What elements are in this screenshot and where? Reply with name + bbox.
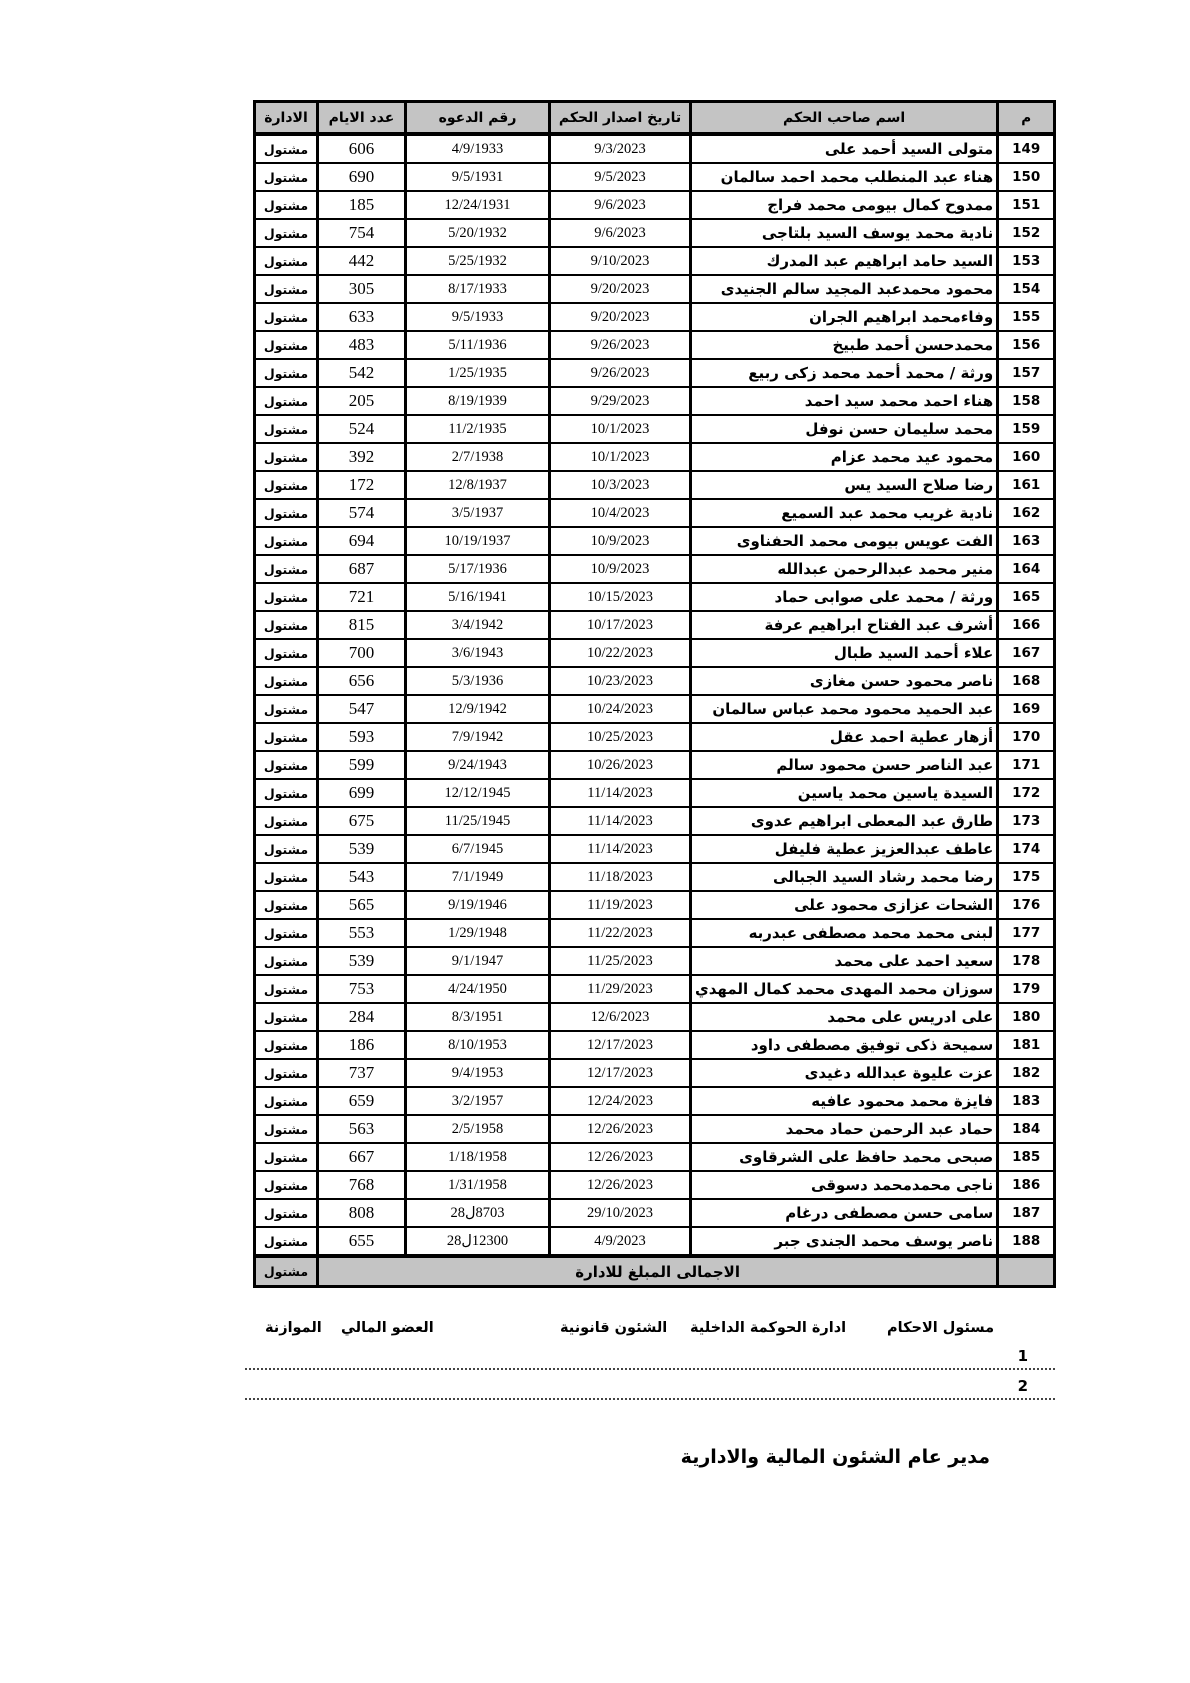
table-row: 173طارق عبد المعطى ابراهيم عدوى11/14/202… [255,807,1055,835]
serial-cell: 150 [998,163,1055,191]
serial-cell: 178 [998,947,1055,975]
name-cell: صبحى محمد حافظ على الشرقاوى [691,1143,998,1171]
total-serial-cell [998,1256,1055,1287]
serial-cell: 187 [998,1199,1055,1227]
days-count-cell: 172 [318,471,406,499]
days-count-cell: 574 [318,499,406,527]
serial-cell: 155 [998,303,1055,331]
days-count-cell: 565 [318,891,406,919]
administration-cell: مشتول [255,611,318,639]
administration-cell: مشتول [255,163,318,191]
administration-cell: مشتول [255,1143,318,1171]
table-row: 180على ادريس على محمد12/6/20238/3/195128… [255,1003,1055,1031]
table-row: 164منير محمد عبدالرحمن عبدالله10/9/20235… [255,555,1055,583]
issue-date-cell: 10/26/2023 [550,751,691,779]
issue-date-cell: 9/20/2023 [550,275,691,303]
administration-cell: مشتول [255,443,318,471]
name-cell: ناجى محمدمحمد دسوقى [691,1171,998,1199]
administration-cell: مشتول [255,975,318,1003]
case-number-cell: 7/9/1942 [406,723,550,751]
case-number-cell: 8/17/1933 [406,275,550,303]
serial-cell: 172 [998,779,1055,807]
days-count-cell: 543 [318,863,406,891]
days-count-cell: 700 [318,639,406,667]
issue-date-cell: 9/5/2023 [550,163,691,191]
administration-cell: مشتول [255,1227,318,1256]
case-number-cell: 1/25/1935 [406,359,550,387]
case-number-cell: 4/24/1950 [406,975,550,1003]
case-number-cell: 5/25/1932 [406,247,550,275]
issue-date-cell: 9/26/2023 [550,331,691,359]
total-label: الاجمالى المبلغ للادارة [318,1256,998,1287]
serial-cell: 177 [998,919,1055,947]
issue-date-cell: 9/26/2023 [550,359,691,387]
header-name: اسم صاحب الحكم [691,102,998,135]
administration-cell: مشتول [255,1115,318,1143]
case-number-cell: 8/10/1953 [406,1031,550,1059]
table-row: 156محمدحسن أحمد طبيخ9/26/20235/11/193648… [255,331,1055,359]
table-row: 169عبد الحميد محمود محمد عباس سالمان10/2… [255,695,1055,723]
name-cell: عاطف عبدالعزيز عطية فليفل [691,835,998,863]
case-number-cell: 12/8/1937 [406,471,550,499]
days-count-cell: 539 [318,835,406,863]
serial-cell: 183 [998,1087,1055,1115]
administration-cell: مشتول [255,779,318,807]
administration-cell: مشتول [255,247,318,275]
administration-cell: مشتول [255,219,318,247]
days-count-cell: 815 [318,611,406,639]
name-cell: لبنى محمد محمد مصطفى عبدربه [691,919,998,947]
table-row: 149متولى السيد أحمد على9/3/20234/9/19336… [255,134,1055,163]
name-cell: أشرف عبد الفتاح ابراهيم عرفة [691,611,998,639]
case-number-cell: 8/19/1939 [406,387,550,415]
table-row: 179سوزان محمد المهدى محمد كمال المهدي11/… [255,975,1055,1003]
serial-cell: 188 [998,1227,1055,1256]
serial-cell: 153 [998,247,1055,275]
days-count-cell: 721 [318,583,406,611]
case-number-cell: 9/5/1931 [406,163,550,191]
administration-cell: مشتول [255,639,318,667]
name-cell: متولى السيد أحمد على [691,134,998,163]
table-row: 181سميحة ذكى توفيق مصطفى داود12/17/20238… [255,1031,1055,1059]
days-count-cell: 205 [318,387,406,415]
issue-date-cell: 29/10/2023 [550,1199,691,1227]
serial-cell: 176 [998,891,1055,919]
table-row: 157ورثة / محمد أحمد محمد زكى ربيع9/26/20… [255,359,1055,387]
days-count-cell: 542 [318,359,406,387]
issue-date-cell: 11/18/2023 [550,863,691,891]
issue-date-cell: 11/14/2023 [550,835,691,863]
name-cell: محمود محمدعبد المجيد سالم الجنيدى [691,275,998,303]
table-row: 159محمد سليمان حسن نوفل10/1/202311/2/193… [255,415,1055,443]
days-count-cell: 606 [318,134,406,163]
administration-cell: مشتول [255,1087,318,1115]
serial-cell: 179 [998,975,1055,1003]
days-count-cell: 483 [318,331,406,359]
table-row: 154محمود محمدعبد المجيد سالم الجنيدى9/20… [255,275,1055,303]
serial-cell: 167 [998,639,1055,667]
name-cell: السيد حامد ابراهيم عبد المدرك [691,247,998,275]
administration-cell: مشتول [255,471,318,499]
issue-date-cell: 10/3/2023 [550,471,691,499]
administration-cell: مشتول [255,499,318,527]
issue-date-cell: 10/9/2023 [550,527,691,555]
days-count-cell: 392 [318,443,406,471]
serial-cell: 171 [998,751,1055,779]
name-cell: منير محمد عبدالرحمن عبدالله [691,555,998,583]
days-count-cell: 808 [318,1199,406,1227]
case-number-cell: 3/6/1943 [406,639,550,667]
administration-cell: مشتول [255,919,318,947]
days-count-cell: 442 [318,247,406,275]
issue-date-cell: 10/15/2023 [550,583,691,611]
name-cell: هناء احمد محمد سيد احمد [691,387,998,415]
case-number-cell: 2/7/1938 [406,443,550,471]
administration-cell: مشتول [255,1171,318,1199]
table-row: 185صبحى محمد حافظ على الشرقاوى12/26/2023… [255,1143,1055,1171]
header-case-number: رقم الدعوه [406,102,550,135]
table-row: 155وفاءمحمد ابراهيم الجران9/20/20239/5/1… [255,303,1055,331]
table-row: 160محمود عيد محمد عزام10/1/20232/7/19383… [255,443,1055,471]
name-cell: الشحات عزازى محمود على [691,891,998,919]
table-row: 153السيد حامد ابراهيم عبد المدرك9/10/202… [255,247,1055,275]
table-row: 178سعيد احمد على محمد11/25/20239/1/19475… [255,947,1055,975]
serial-cell: 165 [998,583,1055,611]
table-row: 172السيدة ياسين محمد ياسين11/14/202312/1… [255,779,1055,807]
issue-date-cell: 12/6/2023 [550,1003,691,1031]
days-count-cell: 284 [318,1003,406,1031]
days-count-cell: 593 [318,723,406,751]
name-cell: وفاءمحمد ابراهيم الجران [691,303,998,331]
table-row: 188ناصر يوسف محمد الجندى جبر4/9/20231230… [255,1227,1055,1256]
issue-date-cell: 10/9/2023 [550,555,691,583]
table-total-row: الاجمالى المبلغ للادارة مشتول [255,1256,1055,1287]
table-row: 182عزت عليوة عبدالله دغيدى12/17/20239/4/… [255,1059,1055,1087]
issue-date-cell: 9/3/2023 [550,134,691,163]
days-count-cell: 185 [318,191,406,219]
header-issue-date: تاريخ اصدار الحكم [550,102,691,135]
administration-cell: مشتول [255,387,318,415]
table-row: 187سامى حسن مصطفى درغام29/10/20238703ل28… [255,1199,1055,1227]
serial-cell: 154 [998,275,1055,303]
days-count-cell: 553 [318,919,406,947]
days-count-cell: 675 [318,807,406,835]
issue-date-cell: 10/25/2023 [550,723,691,751]
issue-date-cell: 11/22/2023 [550,919,691,947]
table-row: 167علاء أحمد السيد طبال10/22/20233/6/194… [255,639,1055,667]
days-count-cell: 563 [318,1115,406,1143]
serial-cell: 156 [998,331,1055,359]
line-number-2: 2 [1018,1377,1028,1395]
issue-date-cell: 12/24/2023 [550,1087,691,1115]
name-cell: محمد سليمان حسن نوفل [691,415,998,443]
administration-cell: مشتول [255,134,318,163]
name-cell: سامى حسن مصطفى درغام [691,1199,998,1227]
name-cell: نادية غريب محمد عبد السميع [691,499,998,527]
case-number-cell: 3/2/1957 [406,1087,550,1115]
case-number-cell: 12/24/1931 [406,191,550,219]
case-number-cell: 5/20/1932 [406,219,550,247]
case-number-cell: 7/1/1949 [406,863,550,891]
issue-date-cell: 12/17/2023 [550,1031,691,1059]
serial-cell: 186 [998,1171,1055,1199]
name-cell: هناء عبد المنطلب محمد احمد سالمان [691,163,998,191]
issue-date-cell: 12/17/2023 [550,1059,691,1087]
table-row: 161رضا صلاح السيد يس10/3/202312/8/193717… [255,471,1055,499]
issue-date-cell: 4/9/2023 [550,1227,691,1256]
administration-cell: مشتول [255,1199,318,1227]
administration-cell: مشتول [255,723,318,751]
serial-cell: 185 [998,1143,1055,1171]
table-row: 163الفت عويس بيومى محمد الحفناوى10/9/202… [255,527,1055,555]
administration-cell: مشتول [255,191,318,219]
administration-cell: مشتول [255,835,318,863]
issue-date-cell: 12/26/2023 [550,1143,691,1171]
administration-cell: مشتول [255,415,318,443]
case-number-cell: 5/3/1936 [406,667,550,695]
administration-cell: مشتول [255,807,318,835]
case-number-cell: 9/5/1933 [406,303,550,331]
administration-cell: مشتول [255,1003,318,1031]
administration-cell: مشتول [255,863,318,891]
signature-internal-governance: ادارة الحوكمة الداخلية [690,1320,846,1336]
issue-date-cell: 9/20/2023 [550,303,691,331]
case-number-cell: 6/7/1945 [406,835,550,863]
signature-legal-affairs: الشئون قانونية [560,1320,667,1336]
issue-date-cell: 9/6/2023 [550,219,691,247]
administration-cell: مشتول [255,359,318,387]
days-count-cell: 687 [318,555,406,583]
judgments-table: م اسم صاحب الحكم تاريخ اصدار الحكم رقم ا… [253,100,1056,1288]
serial-cell: 174 [998,835,1055,863]
name-cell: عزت عليوة عبدالله دغيدى [691,1059,998,1087]
document-page: م اسم صاحب الحكم تاريخ اصدار الحكم رقم ا… [0,0,1190,1683]
serial-cell: 166 [998,611,1055,639]
serial-cell: 168 [998,667,1055,695]
case-number-cell: 8703ل28 [406,1199,550,1227]
serial-cell: 180 [998,1003,1055,1031]
name-cell: سميحة ذكى توفيق مصطفى داود [691,1031,998,1059]
name-cell: نادية محمد يوسف السيد بلتاجى [691,219,998,247]
issue-date-cell: 10/17/2023 [550,611,691,639]
serial-cell: 160 [998,443,1055,471]
case-number-cell: 2/5/1958 [406,1115,550,1143]
serial-cell: 184 [998,1115,1055,1143]
name-cell: محمدحسن أحمد طبيخ [691,331,998,359]
case-number-cell: 1/18/1958 [406,1143,550,1171]
table-row: 150هناء عبد المنطلب محمد احمد سالمان9/5/… [255,163,1055,191]
issue-date-cell: 11/19/2023 [550,891,691,919]
serial-cell: 164 [998,555,1055,583]
table-row: 152نادية محمد يوسف السيد بلتاجى9/6/20235… [255,219,1055,247]
table-row: 170أزهار عطية احمد عقل10/25/20237/9/1942… [255,723,1055,751]
days-count-cell: 754 [318,219,406,247]
issue-date-cell: 11/29/2023 [550,975,691,1003]
days-count-cell: 656 [318,667,406,695]
name-cell: ناصر محمود حسن مغازى [691,667,998,695]
days-count-cell: 694 [318,527,406,555]
days-count-cell: 305 [318,275,406,303]
issue-date-cell: 9/6/2023 [550,191,691,219]
name-cell: ممدوح كمال بيومى محمد فراج [691,191,998,219]
name-cell: رضا محمد رشاد السيد الجبالى [691,863,998,891]
case-number-cell: 10/19/1937 [406,527,550,555]
days-count-cell: 667 [318,1143,406,1171]
name-cell: حماد عبد الرحمن حماد محمد [691,1115,998,1143]
name-cell: ناصر يوسف محمد الجندى جبر [691,1227,998,1256]
name-cell: رضا صلاح السيد يس [691,471,998,499]
case-number-cell: 1/29/1948 [406,919,550,947]
case-number-cell: 12/9/1942 [406,695,550,723]
days-count-cell: 655 [318,1227,406,1256]
name-cell: محمود عيد محمد عزام [691,443,998,471]
administration-cell: مشتول [255,891,318,919]
case-number-cell: 5/16/1941 [406,583,550,611]
case-number-cell: 9/24/1943 [406,751,550,779]
serial-cell: 152 [998,219,1055,247]
name-cell: عبد الناصر حسن محمود سالم [691,751,998,779]
days-count-cell: 768 [318,1171,406,1199]
case-number-cell: 11/2/1935 [406,415,550,443]
administration-cell: مشتول [255,303,318,331]
table-row: 176الشحات عزازى محمود على11/19/20239/19/… [255,891,1055,919]
days-count-cell: 186 [318,1031,406,1059]
administration-cell: مشتول [255,947,318,975]
name-cell: السيدة ياسين محمد ياسين [691,779,998,807]
days-count-cell: 539 [318,947,406,975]
serial-cell: 157 [998,359,1055,387]
table-row: 184حماد عبد الرحمن حماد محمد12/26/20232/… [255,1115,1055,1143]
case-number-cell: 9/4/1953 [406,1059,550,1087]
administration-cell: مشتول [255,1031,318,1059]
table-row: 162نادية غريب محمد عبد السميع10/4/20233/… [255,499,1055,527]
issue-date-cell: 10/22/2023 [550,639,691,667]
case-number-cell: 5/11/1936 [406,331,550,359]
serial-cell: 158 [998,387,1055,415]
case-number-cell: 8/3/1951 [406,1003,550,1031]
serial-cell: 182 [998,1059,1055,1087]
table-row: 165ورثة / محمد على صوابى حماد10/15/20235… [255,583,1055,611]
administration-cell: مشتول [255,667,318,695]
days-count-cell: 737 [318,1059,406,1087]
serial-cell: 169 [998,695,1055,723]
name-cell: الفت عويس بيومى محمد الحفناوى [691,527,998,555]
administration-cell: مشتول [255,331,318,359]
serial-cell: 151 [998,191,1055,219]
signature-dotted-line-2: 2 [245,1398,1055,1400]
name-cell: أزهار عطية احمد عقل [691,723,998,751]
table-row: 183فايزة محمد محمود عافيه12/24/20233/2/1… [255,1087,1055,1115]
case-number-cell: 9/19/1946 [406,891,550,919]
serial-cell: 170 [998,723,1055,751]
name-cell: علاء أحمد السيد طبال [691,639,998,667]
issue-date-cell: 10/1/2023 [550,415,691,443]
total-administration-cell: مشتول [255,1256,318,1287]
issue-date-cell: 10/4/2023 [550,499,691,527]
issue-date-cell: 10/23/2023 [550,667,691,695]
issue-date-cell: 9/29/2023 [550,387,691,415]
administration-cell: مشتول [255,275,318,303]
issue-date-cell: 12/26/2023 [550,1171,691,1199]
case-number-cell: 11/25/1945 [406,807,550,835]
case-number-cell: 3/5/1937 [406,499,550,527]
serial-cell: 162 [998,499,1055,527]
issue-date-cell: 11/14/2023 [550,807,691,835]
issue-date-cell: 11/25/2023 [550,947,691,975]
table-row: 158هناء احمد محمد سيد احمد9/29/20238/19/… [255,387,1055,415]
table-row: 166أشرف عبد الفتاح ابراهيم عرفة10/17/202… [255,611,1055,639]
header-serial: م [998,102,1055,135]
case-number-cell: 9/1/1947 [406,947,550,975]
case-number-cell: 4/9/1933 [406,134,550,163]
signatures-row: مسئول الاحكام ادارة الحوكمة الداخلية الش… [253,1320,1052,1344]
case-number-cell: 5/17/1936 [406,555,550,583]
days-count-cell: 599 [318,751,406,779]
serial-cell: 163 [998,527,1055,555]
days-count-cell: 633 [318,303,406,331]
issue-date-cell: 10/24/2023 [550,695,691,723]
signature-judgments-officer: مسئول الاحكام [887,1320,994,1336]
director-title: مدير عام الشئون المالية والادارية [690,1446,990,1468]
table-row: 174عاطف عبدالعزيز عطية فليفل11/14/20236/… [255,835,1055,863]
administration-cell: مشتول [255,1059,318,1087]
days-count-cell: 547 [318,695,406,723]
table-row: 186ناجى محمدمحمد دسوقى12/26/20231/31/195… [255,1171,1055,1199]
case-number-cell: 12300ل28 [406,1227,550,1256]
serial-cell: 173 [998,807,1055,835]
days-count-cell: 659 [318,1087,406,1115]
serial-cell: 175 [998,863,1055,891]
name-cell: طارق عبد المعطى ابراهيم عدوى [691,807,998,835]
administration-cell: مشتول [255,751,318,779]
serial-cell: 161 [998,471,1055,499]
issue-date-cell: 10/1/2023 [550,443,691,471]
name-cell: فايزة محمد محمود عافيه [691,1087,998,1115]
table-row: 168ناصر محمود حسن مغازى10/23/20235/3/193… [255,667,1055,695]
table-row: 171عبد الناصر حسن محمود سالم10/26/20239/… [255,751,1055,779]
days-count-cell: 753 [318,975,406,1003]
name-cell: ورثة / محمد أحمد محمد زكى ربيع [691,359,998,387]
signature-budget: الموازنة [265,1320,322,1336]
issue-date-cell: 12/26/2023 [550,1115,691,1143]
issue-date-cell: 11/14/2023 [550,779,691,807]
header-days-count: عدد الايام [318,102,406,135]
serial-cell: 181 [998,1031,1055,1059]
days-count-cell: 524 [318,415,406,443]
administration-cell: مشتول [255,583,318,611]
table-row: 177لبنى محمد محمد مصطفى عبدربه11/22/2023… [255,919,1055,947]
administration-cell: مشتول [255,555,318,583]
serial-cell: 149 [998,134,1055,163]
case-number-cell: 12/12/1945 [406,779,550,807]
name-cell: ورثة / محمد على صوابى حماد [691,583,998,611]
administration-cell: مشتول [255,695,318,723]
issue-date-cell: 9/10/2023 [550,247,691,275]
table-row: 151ممدوح كمال بيومى محمد فراج9/6/202312/… [255,191,1055,219]
table-header-row: م اسم صاحب الحكم تاريخ اصدار الحكم رقم ا… [255,102,1055,135]
days-count-cell: 690 [318,163,406,191]
days-count-cell: 699 [318,779,406,807]
serial-cell: 159 [998,415,1055,443]
name-cell: عبد الحميد محمود محمد عباس سالمان [691,695,998,723]
name-cell: سوزان محمد المهدى محمد كمال المهدي [691,975,998,1003]
name-cell: سعيد احمد على محمد [691,947,998,975]
signature-financial-member: العضو المالي [341,1320,434,1336]
line-number-1: 1 [1018,1347,1028,1365]
administration-cell: مشتول [255,527,318,555]
name-cell: على ادريس على محمد [691,1003,998,1031]
table-row: 175رضا محمد رشاد السيد الجبالى11/18/2023… [255,863,1055,891]
